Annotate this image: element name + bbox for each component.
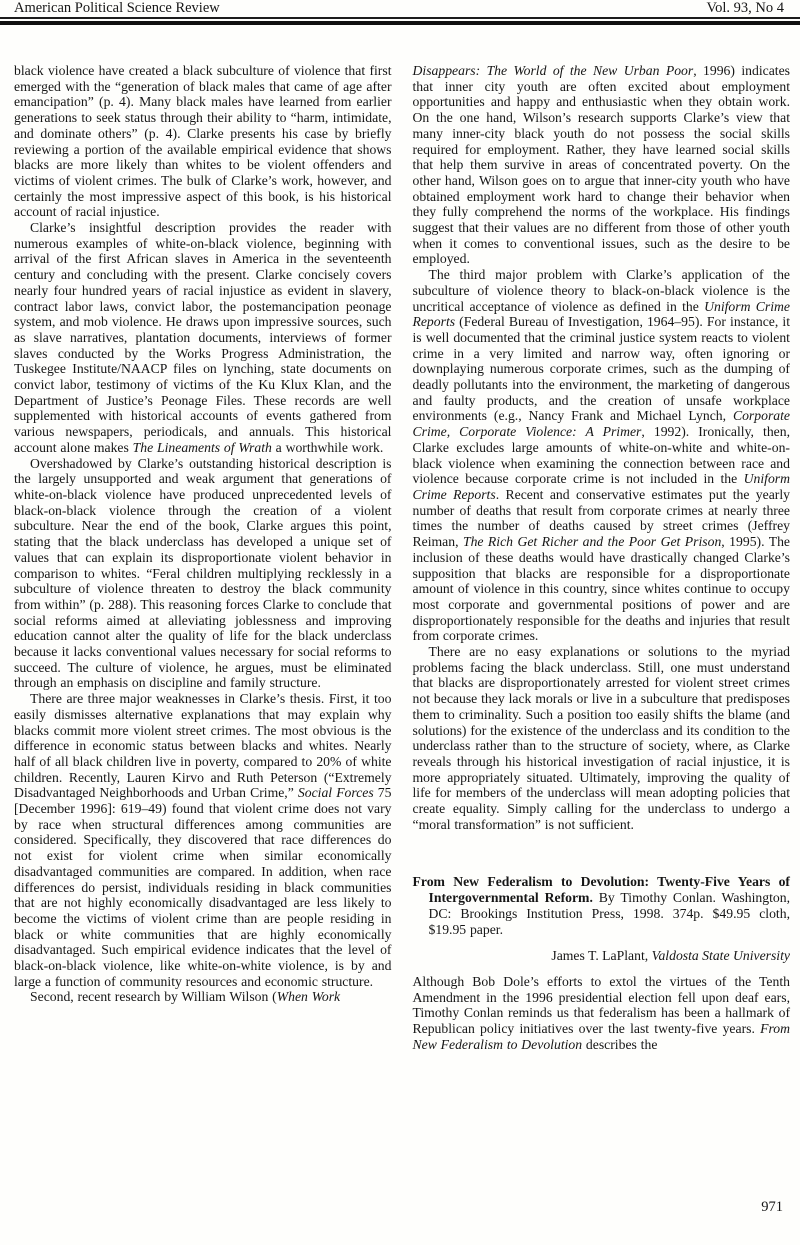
reviewer: James T. LaPlant, Valdosta State Univers… xyxy=(413,948,791,964)
italic-text: Valdosta State University xyxy=(652,948,790,963)
text-run: 75 [December 1996]: 619–49) found that v… xyxy=(14,785,392,988)
right-column: Disappears: The World of the New Urban P… xyxy=(413,63,791,1052)
paragraph: Although Bob Dole’s efforts to extol the… xyxy=(413,974,791,1053)
text-run: , 1996) indicates that inner city youth … xyxy=(413,63,791,266)
text-run: , 1995). The inclusion of these deaths w… xyxy=(413,534,791,643)
text-run: Clarke’s insightful description provides… xyxy=(14,220,392,455)
paragraph: There are no easy explanations or soluti… xyxy=(413,644,791,832)
left-column: black violence have created a black subc… xyxy=(14,63,392,1052)
paragraph: The third major problem with Clarke’s ap… xyxy=(413,267,791,644)
text-run: There are three major weaknesses in Clar… xyxy=(14,691,392,800)
italic-text: Social Forces xyxy=(298,785,374,800)
text-run: (Federal Bureau of Investigation, 1964–9… xyxy=(413,314,791,423)
review-heading: From New Federalism to Devolution: Twent… xyxy=(413,874,791,937)
paragraph: There are three major weaknesses in Clar… xyxy=(14,691,392,989)
text-run: James T. LaPlant, xyxy=(551,948,651,963)
text-run: Overshadowed by Clarke’s outstanding his… xyxy=(14,456,392,691)
italic-text: The Lineaments of Wrath xyxy=(133,440,272,455)
paragraph: Second, recent research by William Wilso… xyxy=(14,989,392,1005)
header-rule-thin xyxy=(0,17,800,19)
text-run: a worthwhile work. xyxy=(272,440,383,455)
journal-title: American Political Science Review xyxy=(14,2,220,15)
italic-text: The Rich Get Richer and the Poor Get Pri… xyxy=(463,534,721,549)
running-head: American Political Science Review Vol. 9… xyxy=(0,0,800,15)
italic-text: Disappears: The World of the New Urban P… xyxy=(413,63,694,78)
issue-label: Vol. 93, No 4 xyxy=(707,2,784,15)
italic-text: When Work xyxy=(277,989,340,1004)
text-run: describes the xyxy=(582,1037,657,1052)
paragraph: black violence have created a black subc… xyxy=(14,63,392,220)
paragraph: Clarke’s insightful description provides… xyxy=(14,220,392,456)
text-run: Although Bob Dole’s efforts to extol the… xyxy=(413,974,791,1036)
header-rule-thick xyxy=(0,21,800,25)
text-run: black violence have created a black subc… xyxy=(14,63,392,219)
text-run: There are no easy explanations or soluti… xyxy=(413,644,791,832)
paragraph: Disappears: The World of the New Urban P… xyxy=(413,63,791,267)
journal-page: American Political Science Review Vol. 9… xyxy=(0,0,800,1245)
text-columns: black violence have created a black subc… xyxy=(0,63,800,1052)
page-number: 971 xyxy=(761,1199,783,1216)
text-run: Second, recent research by William Wilso… xyxy=(30,989,277,1004)
paragraph: Overshadowed by Clarke’s outstanding his… xyxy=(14,456,392,692)
